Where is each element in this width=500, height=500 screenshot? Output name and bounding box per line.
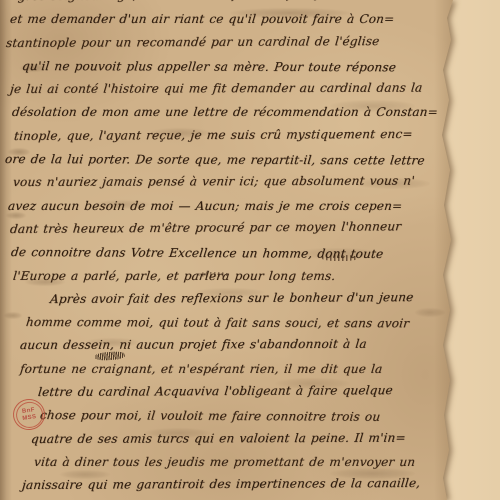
page-text: gros seigneur âgé, habillé tout à fait à… (0, 0, 460, 498)
manuscript-line: de connoitre dans Votre Excellence un ho… (10, 241, 461, 267)
manuscript-line: l'Europe a parlé, parle, et parlera pour… (12, 265, 461, 288)
manuscript-line: je lui ai conté l'histoire qui me fit de… (9, 77, 462, 102)
interline-insertion-scribble (322, 255, 358, 261)
interline-insertion-scribble (198, 272, 228, 277)
stamp-text-bottom: MSS (22, 414, 37, 422)
manuscript-line: lettre du cardinal Acquaviva l'obligeant… (37, 379, 462, 405)
manuscript-line: et me demander d'un air riant ce qu'il p… (9, 8, 461, 31)
stamp-text-top: BnF (22, 407, 36, 415)
manuscript-line: désolation de mon ame une lettre de réco… (11, 101, 461, 124)
manuscript-line: dant très heureux de m'être procuré par … (9, 215, 462, 241)
manuscript-line: fortune ne craignant, et n'espérant rien… (19, 358, 461, 381)
manuscript-line: vous n'auriez jamais pensé à venir ici; … (12, 170, 462, 195)
manuscript-line: janissaire qui me garantiroit des impert… (21, 472, 462, 498)
manuscript-line: tinople, que, l'ayant reçue, je me suis … (13, 122, 462, 148)
manuscript-line: Après avoir fait des reflexions sur le b… (49, 286, 462, 311)
manuscript-page: gros seigneur âgé, habillé tout à fait à… (0, 0, 500, 500)
manuscript-line: stantinople pour un recomandé par un car… (5, 29, 462, 55)
manuscript-line: aucun dessein, ni aucun projet fixe s'ab… (19, 333, 462, 358)
manuscript-line: quatre de ses amis turcs qui en valoient… (30, 426, 462, 451)
page-edge-shadow: gros seigneur âgé, habillé tout à fait à… (0, 0, 500, 500)
manuscript-scan: gros seigneur âgé, habillé tout à fait à… (0, 0, 500, 500)
manuscript-line: vita à diner tous les jeudis me prometta… (33, 451, 461, 474)
